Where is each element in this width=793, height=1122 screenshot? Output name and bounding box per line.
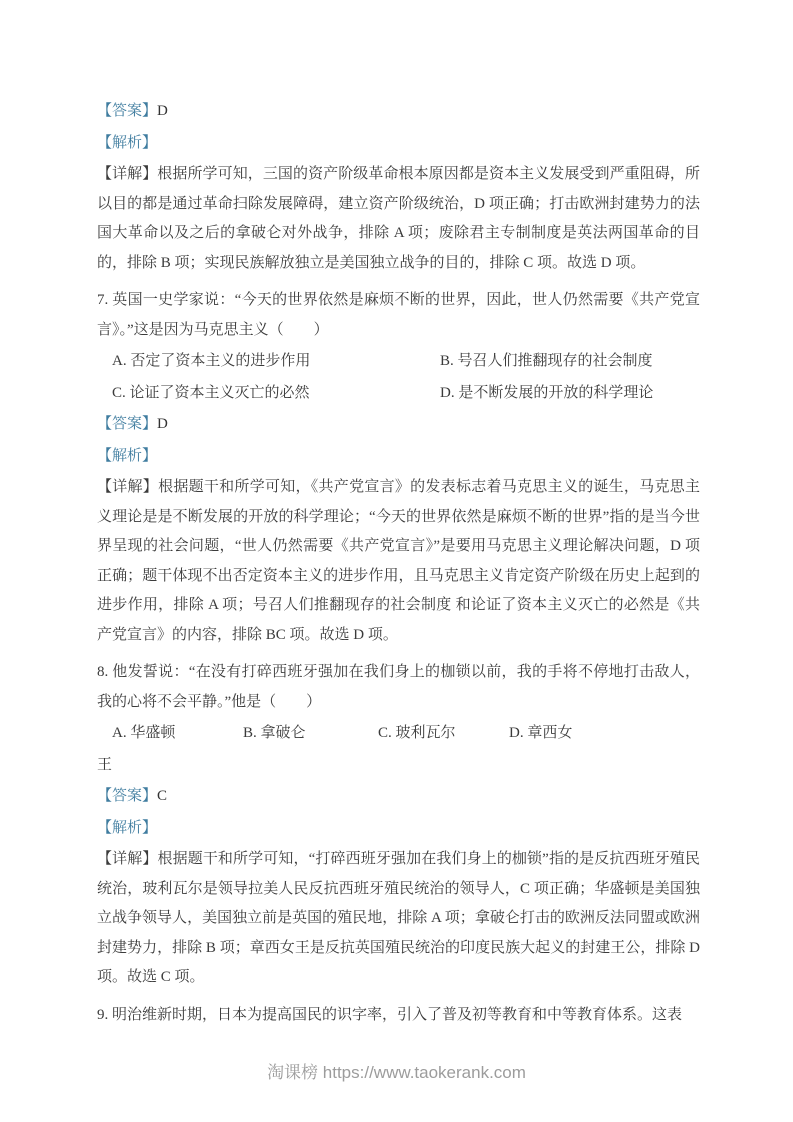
q7-options: A. 否定了资本主义的进步作用 B. 号召人们推翻现存的社会制度 C. 论证了资… [97, 347, 700, 408]
q7-explanation-paragraph: 【详解】根据题干和所学可知，《共产党宣言》的发表标志着马克思主义的诞生，马克思主… [97, 473, 700, 650]
q7-analysis-label: 【解析】 [97, 448, 157, 464]
q8-option-a: A. 华盛顿 [112, 719, 243, 749]
q8-option-d-overflow: 王 [97, 751, 700, 781]
q8-options: A. 华盛顿 B. 拿破仑 C. 玻利瓦尔 D. 章西女 [97, 719, 700, 749]
q8-analysis-label: 【解析】 [97, 820, 157, 836]
q9-question-text: 9. 明治维新时期，日本为提高国民的识字率，引入了普及初等教育和中等教育体系。这… [97, 1001, 700, 1031]
q8-option-c: C. 玻利瓦尔 [378, 719, 509, 749]
q7-answer-line: 【答案】D [97, 410, 700, 440]
q8-question-text: 8. 他发誓说：“在没有打碎西班牙强加在我们身上的枷锁以前，我的手将不停地打击敌… [97, 658, 700, 717]
footer-site-url-text: 淘课榜 https://www.taokerank.com [267, 1063, 526, 1082]
q6-analysis-line: 【解析】 [97, 129, 700, 159]
q6-analysis-label: 【解析】 [97, 135, 157, 151]
watermark-footer: 淘课榜 https://www.taokerank.com [0, 1058, 793, 1083]
q6-answer-line: 【答案】D [97, 97, 700, 127]
q6-explanation-paragraph: 【详解】根据所学可知，三国的资产阶级革命根本原因都是资本主义发展受到严重阻碍，所… [97, 160, 700, 278]
q8-option-b: B. 拿破仑 [243, 719, 378, 749]
q8-analysis-line: 【解析】 [97, 814, 700, 844]
q6-answer-value: D [157, 103, 168, 119]
q7-answer-value: D [157, 416, 168, 432]
document-content: 【答案】D 【解析】 【详解】根据所学可知，三国的资产阶级革命根本原因都是资本主… [0, 0, 793, 1030]
exam-document-page: 【答案】D 【解析】 【详解】根据所学可知，三国的资产阶级革命根本原因都是资本主… [0, 0, 793, 1122]
q7-option-b: B. 号召人们推翻现存的社会制度 [440, 347, 700, 377]
q6-answer-label: 【答案】 [97, 103, 157, 119]
q7-answer-label: 【答案】 [97, 416, 157, 432]
q8-option-d: D. 章西女 [509, 719, 700, 749]
q7-option-a: A. 否定了资本主义的进步作用 [112, 347, 440, 377]
q8-answer-value: C [157, 788, 167, 804]
q8-explanation-paragraph: 【详解】根据题干和所学可知，“打碎西班牙强加在我们身上的枷锁”指的是反抗西班牙殖… [97, 845, 700, 993]
q8-answer-label: 【答案】 [97, 788, 157, 804]
q7-option-d: D. 是不断发展的开放的科学理论 [440, 379, 700, 409]
q7-analysis-line: 【解析】 [97, 442, 700, 472]
q7-question-text: 7. 英国一史学家说：“今天的世界依然是麻烦不断的世界，因此，世人仍然需要《共产… [97, 286, 700, 345]
q8-answer-line: 【答案】C [97, 782, 700, 812]
q7-option-c: C. 论证了资本主义灭亡的必然 [112, 379, 440, 409]
